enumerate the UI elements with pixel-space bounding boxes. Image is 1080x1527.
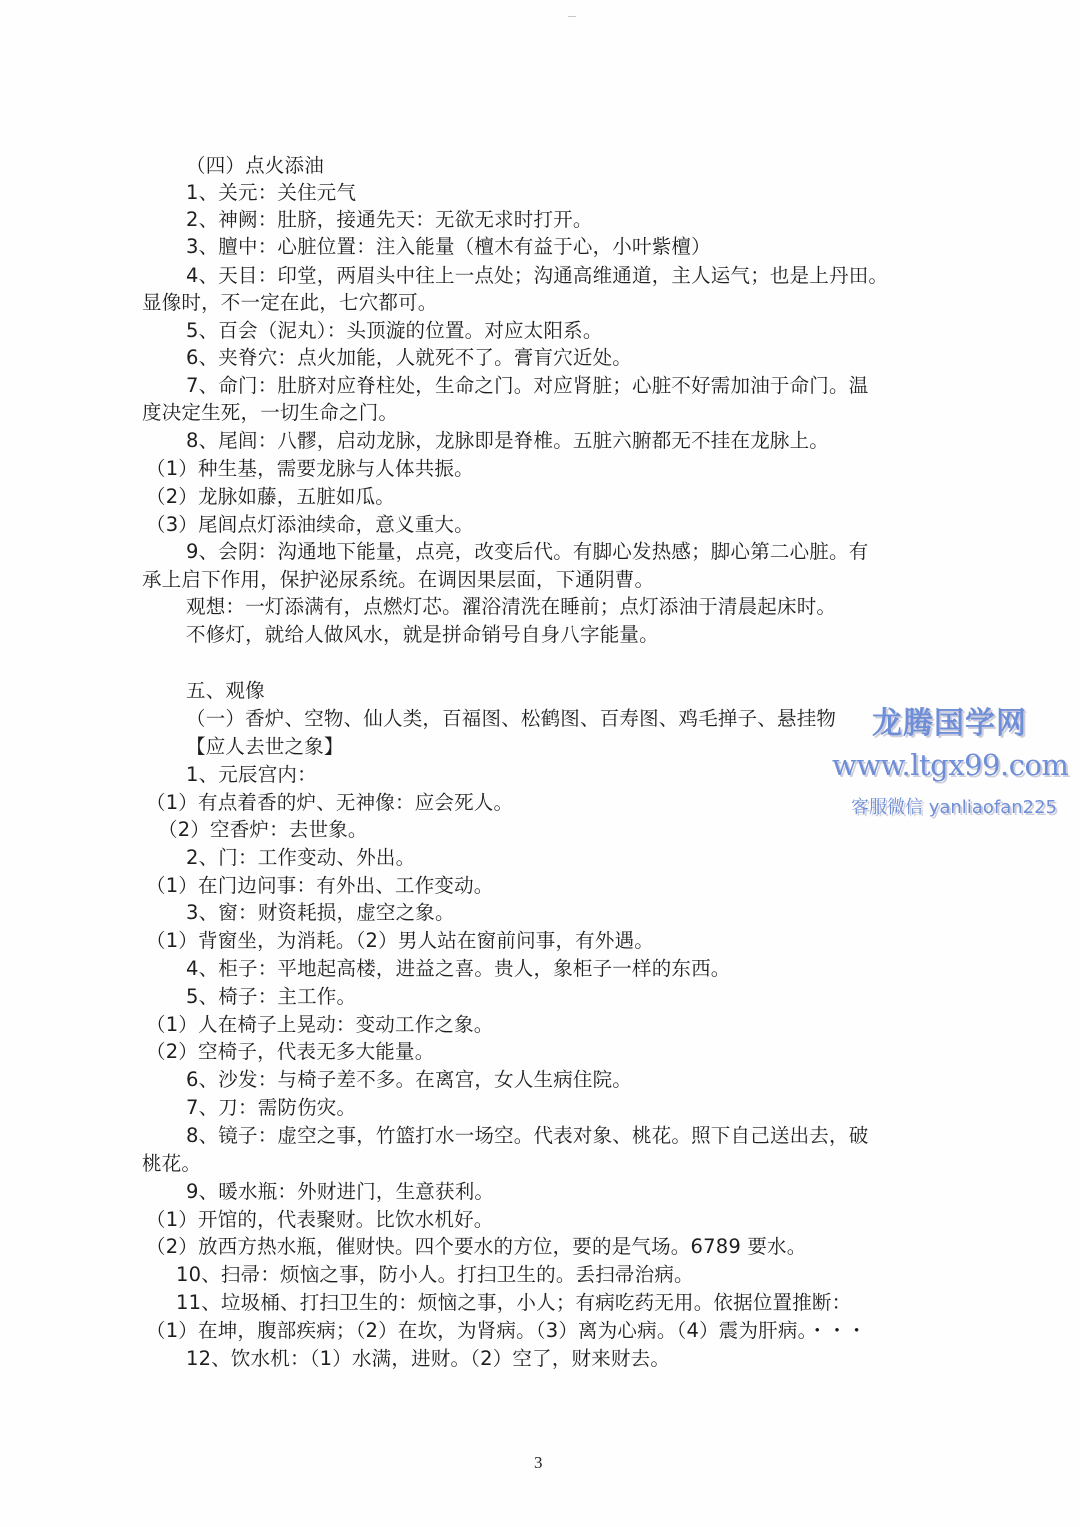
text-line: （1）在坤，腹部疾病；（2）在坎，为肾病。（3）离为心病。（4）震为肝病。・・・	[146, 1317, 867, 1344]
text-line: 承上启下作用，保护泌尿系统。在调因果层面，下通阴曹。	[142, 566, 654, 593]
text-line: 9、暖水瓶：外财进门，生意获利。	[186, 1178, 494, 1205]
text-line: （2）空椅子，代表无多大能量。	[146, 1038, 434, 1065]
text-line: （2）放西方热水瓶，催财快。四个要水的方位，要的是气场。6789 要水。	[146, 1233, 806, 1260]
text-line: 5、椅子：主工作。	[186, 983, 356, 1010]
text-line: （一）香炉、空物、仙人类，百福图、松鹤图、百寿图、鸡毛掸子、悬挂物	[186, 705, 836, 732]
watermark-url: www.ltgx99.com	[832, 748, 1068, 782]
text-line: 2、神阙：肚脐，接通先天：无欲无求时打开。	[186, 206, 593, 233]
text-line: （1）种生基，需要龙脉与人体共振。	[146, 455, 474, 482]
text-line: 7、刀：需防伤灾。	[186, 1094, 356, 1121]
document-page: （四）点火添油1、关元：关住元气2、神阙：肚脐，接通先天：无欲无求时打开。3、膻…	[0, 0, 1080, 1527]
text-line: 12、饮水机：（1）水满，进财。（2）空了，财来财去。	[186, 1345, 670, 1372]
text-line: 度决定生死，一切生命之门。	[142, 399, 398, 426]
text-line: 不修灯，就给人做风水，就是拼命销号自身八字能量。	[186, 621, 659, 648]
text-line: 6、沙发：与椅子差不多。在离宫，女人生病住院。	[186, 1066, 632, 1093]
text-line: （2）空香炉：去世象。	[158, 816, 368, 843]
text-line: 4、天目：印堂，两眉头中往上一点处；沟通高维通道，主人运气；也是上丹田。	[186, 262, 888, 289]
text-line: 3、膻中：心脏位置：注入能量（檀木有益于心，小叶紫檀）	[186, 233, 711, 260]
text-line: 五、观像	[186, 677, 265, 704]
scan-mark	[568, 16, 576, 17]
text-line: 桃花。	[142, 1150, 201, 1177]
text-line: 10、扫帚：烦恼之事，防小人。打扫卫生的。丢扫帚治病。	[176, 1261, 694, 1288]
text-line: 【应人去世之象】	[186, 733, 344, 760]
text-line: 1、元辰宫内：	[186, 761, 317, 788]
text-line: 7、命门：肚脐对应脊柱处，生命之门。对应肾脏；心脏不好需加油于命门。温	[186, 372, 868, 399]
text-line: 8、尾闾：八髎，启动龙脉，龙脉即是脊椎。五脏六腑都无不挂在龙脉上。	[186, 427, 829, 454]
text-line: 1、关元：关住元气	[186, 179, 356, 206]
watermark-title: 龙腾国学网	[872, 698, 1027, 742]
text-line: 9、会阴：沟通地下能量，点亮，改变后代。有脚心发热感；脚心第二心脏。有	[186, 538, 868, 565]
text-line: （四）点火添油	[186, 152, 324, 179]
text-line: （2）龙脉如藤，五脏如瓜。	[146, 483, 395, 510]
text-line: （1）在门边问事：有外出、工作变动。	[146, 872, 494, 899]
text-line: （3）尾闾点灯添油续命，意义重大。	[146, 511, 474, 538]
page-number: 3	[534, 1453, 543, 1473]
text-line: 5、百会（泥丸）：头顶漩的位置。对应太阳系。	[186, 317, 603, 344]
text-line: （1）背窗坐，为消耗。（2）男人站在窗前问事，有外遇。	[146, 927, 654, 954]
text-line: 4、柜子：平地起高楼，进益之喜。贵人，象柜子一样的东西。	[186, 955, 731, 982]
text-line: （1）人在椅子上晃动：变动工作之象。	[146, 1011, 494, 1038]
text-line: （1）开馆的，代表聚财。比饮水机好。	[146, 1206, 494, 1233]
text-line: 11、垃圾桶、打扫卫生的：烦恼之事，小人；有病吃药无用。依据位置推断：	[176, 1289, 851, 1316]
watermark-contact: 客服微信 yanliaofan225	[851, 793, 1057, 819]
text-line: 8、镜子：虚空之事，竹篮打水一场空。代表对象、桃花。照下自己送出去，破	[186, 1122, 868, 1149]
text-line: 6、夹脊穴：点火加能，人就死不了。膏肓穴近处。	[186, 344, 632, 371]
text-line: （1）有点着香的炉、无神像：应会死人。	[146, 789, 513, 816]
text-line: 观想：一灯添满有，点燃灯芯。濯浴清洗在睡前；点灯添油于清晨起床时。	[186, 593, 836, 620]
text-line: 显像时，不一定在此，七穴都可。	[142, 289, 438, 316]
text-line: 2、门：工作变动、外出。	[186, 844, 415, 871]
text-line: 3、窗：财资耗损，虚空之象。	[186, 899, 455, 926]
